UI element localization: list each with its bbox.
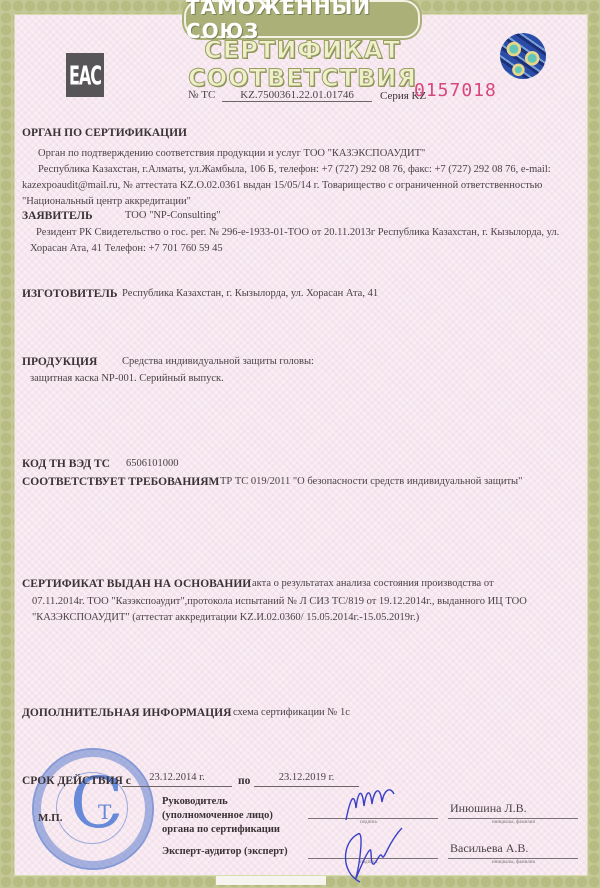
requirements-value: ТР ТС 019/2011 "О безопасности средств и… — [220, 474, 522, 490]
number-label: № ТС — [188, 89, 215, 101]
head-name-caption: инициалы, фамилия — [492, 820, 535, 825]
head-name-line — [448, 818, 578, 819]
applicant-name: ТОО "NP-Consulting" — [125, 208, 221, 224]
product-heading: ПРОДУКЦИЯ — [22, 356, 97, 368]
validity-to-label: по — [238, 775, 250, 787]
certification-body-heading: ОРГАН ПО СЕРТИФИКАЦИИ — [22, 127, 187, 139]
official-stamp-icon: C T — [32, 748, 154, 870]
basis-heading: СЕРТИФИКАТ ВЫДАН НА ОСНОВАНИИ — [22, 578, 251, 590]
hologram-icon — [500, 33, 546, 79]
manufacturer-value: Республика Казахстан, г. Кызылорда, ул. … — [122, 286, 378, 302]
certification-body-line: Республика Казахстан, г.Алматы, ул.Жамбы… — [38, 162, 551, 178]
head-name: Инюшина Л.В. — [450, 800, 527, 816]
expert-name-line — [448, 858, 578, 859]
applicant-heading: ЗАЯВИТЕЛЬ — [22, 210, 93, 222]
expert-name-caption: инициалы, фамилия — [492, 860, 535, 865]
additional-info-heading: ДОПОЛНИТЕЛЬНАЯ ИНФОРМАЦИЯ — [22, 707, 231, 719]
applicant-line: Хорасан Ата, 41 Телефон: +7 701 760 59 4… — [30, 241, 223, 257]
basis-value: акта о результатах анализа состояния про… — [252, 576, 494, 592]
eac-logo-icon: ЕАС — [66, 53, 104, 97]
head-label-line: Руководитель — [162, 796, 228, 807]
validity-from: 23.12.2014 г. — [122, 770, 232, 787]
product-value: Средства индивидуальной защиты головы: — [122, 354, 314, 370]
applicant-line: Резидент РК Свидетельство о гос. рег. № … — [36, 225, 559, 241]
expert-signature-icon — [330, 822, 410, 888]
hs-code-heading: КОД ТН ВЭД ТС — [22, 458, 110, 470]
printer-imprint — [216, 876, 326, 885]
expert-name: Васильева А.В. — [450, 840, 528, 856]
additional-info-value: схема сертификации № 1с — [233, 705, 350, 721]
head-label-line: органа по сертификации — [162, 824, 280, 835]
stamp-place-label: М.П. — [38, 812, 62, 824]
basis-line: "КАЗЭКСПОАУДИТ" (аттестат аккредитации K… — [32, 610, 419, 626]
certification-body-line: Орган по подтверждению соответствия прод… — [38, 146, 425, 162]
certificate-paper — [14, 14, 588, 876]
manufacturer-heading: ИЗГОТОВИТЕЛЬ — [22, 288, 117, 300]
validity-heading: СРОК ДЕЙСТВИЯ с — [22, 775, 131, 787]
certificate-number: № ТС KZ.7500361.22.01.01746 — [188, 89, 376, 102]
head-label-line: (уполномоченное лицо) — [162, 810, 273, 821]
requirements-heading: СООТВЕТСТВУЕТ ТРЕБОВАНИЯМ — [22, 476, 219, 488]
certification-body-line: kazexpoaudit@mail.ru, № аттестата KZ.O.0… — [22, 178, 542, 194]
series-number: 0157018 — [414, 80, 497, 101]
hs-code-value: 6506101000 — [126, 456, 179, 472]
expert-label: Эксперт-аудитор (эксперт) — [162, 846, 288, 857]
product-line: защитная каска NP-001. Серийный выпуск. — [30, 371, 224, 387]
number-value: KZ.7500361.22.01.01746 — [222, 89, 372, 102]
basis-line: 07.11.2014г. ТОО "Казэкспоаудит",протоко… — [32, 594, 527, 610]
customs-union-banner: ТАМОЖЕННЫЙ СОЮЗ — [184, 0, 420, 38]
